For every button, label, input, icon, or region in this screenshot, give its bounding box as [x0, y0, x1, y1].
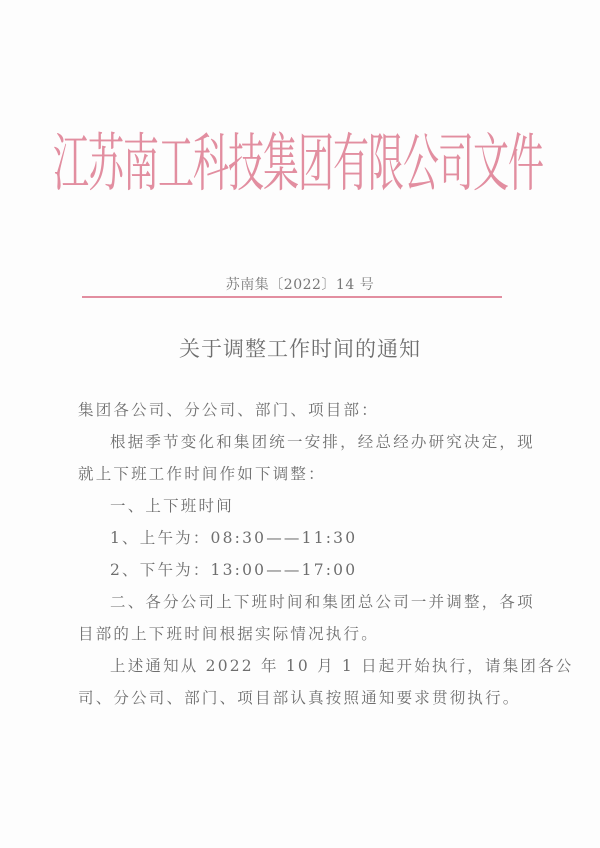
document-page: 江苏南工科技集团有限公司文件 苏南集〔2022〕14 号 关于调整工作时间的通知…: [0, 0, 600, 848]
notice-title: 关于调整工作时间的通知: [0, 333, 600, 363]
closing-line-2: 司、分公司、部门、项目部认真按照通知要求贯彻执行。: [78, 686, 521, 708]
closing-line-1: 上述通知从 2022 年 10 月 1 日起开始执行，请集团各公: [110, 654, 574, 676]
section-1-heading: 一、上下班时间: [110, 494, 234, 516]
section-2-line-1: 二、各分公司上下班时间和集团总公司一并调整，各项: [110, 590, 535, 612]
paragraph-1-line-1: 根据季节变化和集团统一安排，经总经办研究决定，现: [110, 430, 535, 452]
document-number: 苏南集〔2022〕14 号: [0, 274, 600, 294]
schedule-item-morning: 1、上午为：08:30——11:30: [110, 526, 357, 548]
org-red-header: 江苏南工科技集团有限公司文件: [78, 76, 518, 242]
schedule-item-afternoon: 2、下午为：13:00——17:00: [110, 558, 357, 580]
section-2-line-2: 目部的上下班时间根据实际情况执行。: [78, 622, 379, 644]
red-divider-line: [82, 296, 502, 298]
paragraph-1-line-2: 就上下班工作时间作如下调整：: [78, 462, 326, 484]
salutation: 集团各公司、分公司、部门、项目部：: [78, 398, 379, 420]
